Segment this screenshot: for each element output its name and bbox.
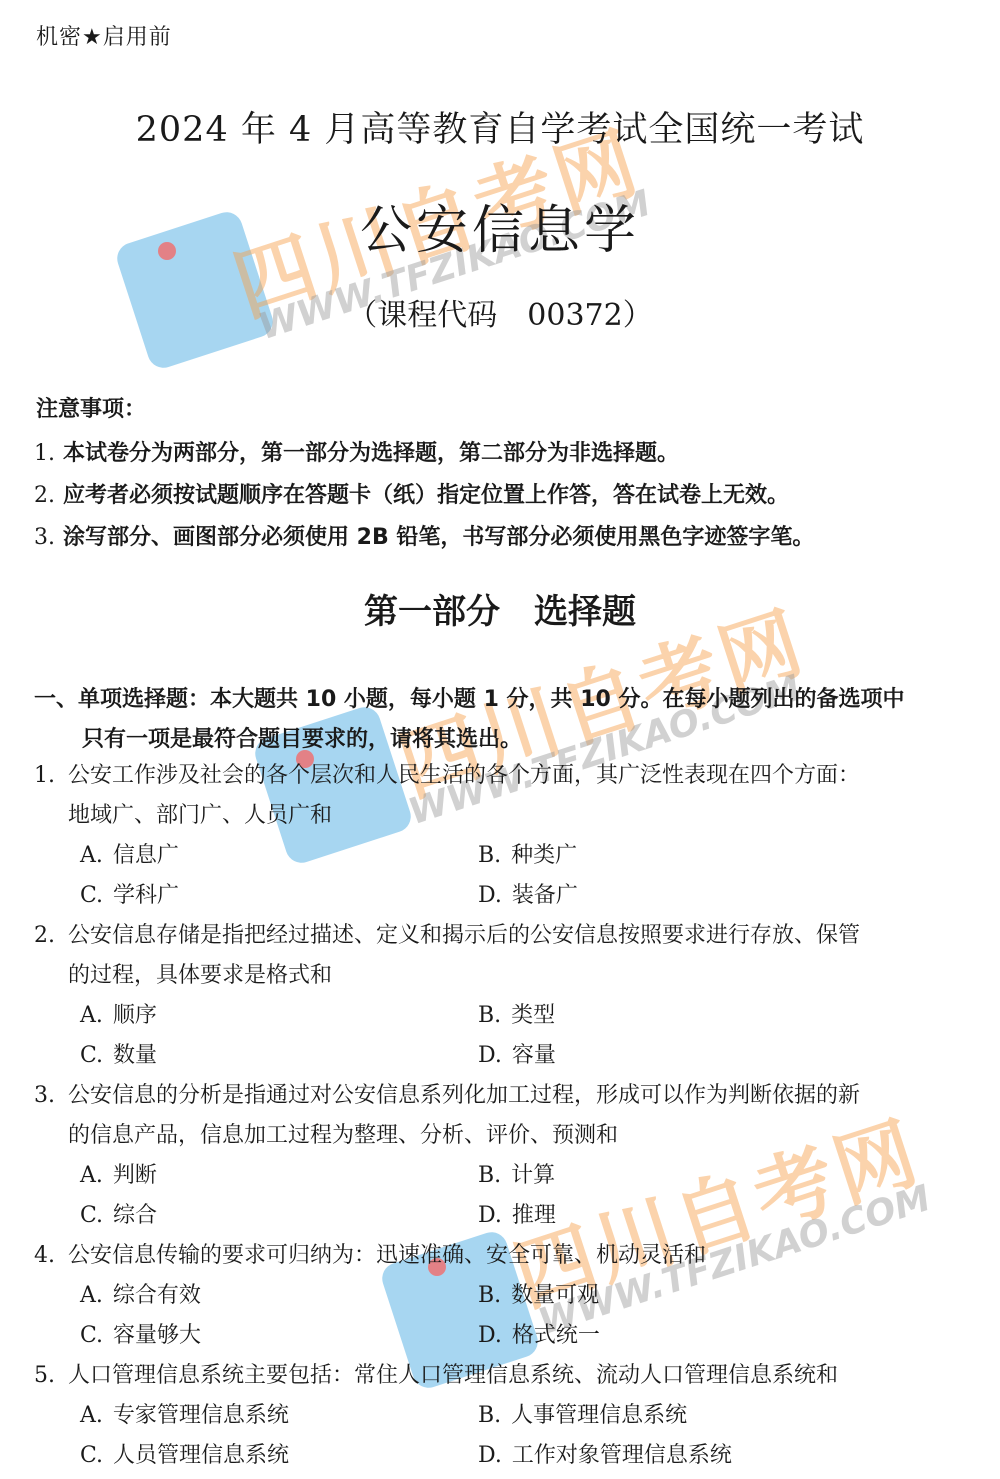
question-number: 3.	[34, 1076, 68, 1116]
option-letter: C.	[80, 1043, 103, 1068]
option-letter: A.	[80, 1163, 103, 1188]
option-letter: C.	[80, 883, 103, 908]
option-b: B.种类广	[478, 836, 577, 876]
question-stem: 公安工作涉及社会的各个层次和人民生活的各个方面，其广泛性表现在四个方面：	[68, 763, 860, 788]
part-title: 第一部分 选择题	[0, 584, 1000, 633]
note-number: 2.	[34, 483, 55, 508]
note-item: 2.应考者必须按试题顺序在答题卡（纸）指定位置上作答，答在试卷上无效。	[34, 478, 789, 509]
option-letter: D.	[478, 1043, 502, 1068]
note-item: 1.本试卷分为两部分，第一部分为选择题，第二部分为非选择题。	[34, 436, 679, 467]
option-c: C.容量够大	[80, 1316, 201, 1356]
option-text: 格式统一	[512, 1323, 600, 1348]
option-text: 人事管理信息系统	[511, 1403, 687, 1428]
question-number: 1.	[34, 756, 68, 796]
question-5: 5.人口管理信息系统主要包括：常住人口管理信息系统、流动人口管理信息系统和	[34, 1356, 974, 1396]
option-text: 容量	[512, 1043, 556, 1068]
option-c: C.综合	[80, 1196, 157, 1236]
question-stem-cont: 的信息产品，信息加工过程为整理、分析、评价、预测和	[34, 1116, 974, 1156]
question-1: 1.公安工作涉及社会的各个层次和人民生活的各个方面，其广泛性表现在四个方面： 地…	[34, 756, 974, 836]
option-text: 学科广	[113, 883, 179, 908]
option-letter: C.	[80, 1203, 103, 1228]
note-item: 3.涂写部分、画图部分必须使用 2B 铅笔，书写部分必须使用黑色字迹签字笔。	[34, 520, 814, 551]
question-stem: 公安信息的分析是指通过对公安信息系列化加工过程，形成可以作为判断依据的新	[68, 1083, 860, 1108]
option-text: 专家管理信息系统	[113, 1403, 289, 1428]
note-text: 应考者必须按试题顺序在答题卡（纸）指定位置上作答，答在试卷上无效。	[63, 483, 789, 508]
option-text: 综合有效	[113, 1283, 201, 1308]
question-3: 3.公安信息的分析是指通过对公安信息系列化加工过程，形成可以作为判断依据的新 的…	[34, 1076, 974, 1156]
option-letter: D.	[478, 1203, 502, 1228]
question-number: 5.	[34, 1356, 68, 1396]
option-a: A.信息广	[80, 836, 179, 876]
option-c: C.人员管理信息系统	[80, 1436, 289, 1476]
option-text: 人员管理信息系统	[113, 1443, 289, 1468]
option-d: D.格式统一	[478, 1316, 600, 1356]
option-letter: A.	[80, 1003, 103, 1028]
question-stem: 公安信息存储是指把经过描述、定义和揭示后的公安信息按照要求进行存放、保管	[68, 923, 860, 948]
section-heading-line1: 一、单项选择题：本大题共 10 小题，每小题 1 分，共 10 分。在每小题列出…	[34, 687, 905, 712]
option-letter: B.	[478, 1003, 501, 1028]
option-b: B.类型	[478, 996, 555, 1036]
option-letter: D.	[478, 1323, 502, 1348]
option-a: A.判断	[80, 1156, 157, 1196]
confidential-label: 机密★启用前	[36, 20, 172, 51]
note-number: 3.	[34, 525, 55, 550]
option-letter: A.	[80, 1403, 103, 1428]
question-stem-cont: 的过程，具体要求是格式和	[34, 956, 974, 996]
note-text: 涂写部分、画图部分必须使用 2B 铅笔，书写部分必须使用黑色字迹签字笔。	[63, 525, 814, 550]
option-text: 数量可观	[511, 1283, 599, 1308]
option-text: 计算	[511, 1163, 555, 1188]
option-a: A.顺序	[80, 996, 157, 1036]
note-text: 本试卷分为两部分，第一部分为选择题，第二部分为非选择题。	[63, 441, 679, 466]
question-number: 4.	[34, 1236, 68, 1276]
subject-title: 公安信息学	[0, 188, 1000, 263]
question-number: 2.	[34, 916, 68, 956]
option-d: D.容量	[478, 1036, 556, 1076]
option-letter: B.	[478, 1403, 501, 1428]
notes-title: 注意事项：	[36, 392, 146, 423]
option-a: A.专家管理信息系统	[80, 1396, 289, 1436]
question-4: 4.公安信息传输的要求可归纳为：迅速准确、安全可靠、机动灵活和	[34, 1236, 974, 1276]
option-b: B.人事管理信息系统	[478, 1396, 687, 1436]
option-letter: C.	[80, 1443, 103, 1468]
option-text: 工作对象管理信息系统	[512, 1443, 732, 1468]
question-stem: 人口管理信息系统主要包括：常住人口管理信息系统、流动人口管理信息系统和	[68, 1363, 838, 1388]
option-text: 信息广	[113, 843, 179, 868]
option-text: 推理	[512, 1203, 556, 1228]
option-letter: B.	[478, 1163, 501, 1188]
option-d: D.装备广	[478, 876, 578, 916]
option-b: B.计算	[478, 1156, 555, 1196]
option-b: B.数量可观	[478, 1276, 599, 1316]
option-c: C.学科广	[80, 876, 179, 916]
option-text: 综合	[113, 1203, 157, 1228]
option-letter: B.	[478, 1283, 501, 1308]
option-a: A.综合有效	[80, 1276, 201, 1316]
question-2: 2.公安信息存储是指把经过描述、定义和揭示后的公安信息按照要求进行存放、保管 的…	[34, 916, 974, 996]
option-text: 顺序	[113, 1003, 157, 1028]
option-letter: A.	[80, 843, 103, 868]
option-letter: D.	[478, 883, 502, 908]
option-text: 判断	[113, 1163, 157, 1188]
option-d: D.推理	[478, 1196, 556, 1236]
question-stem-cont: 地域广、部门广、人员广和	[34, 796, 974, 836]
option-text: 种类广	[511, 843, 577, 868]
option-text: 类型	[511, 1003, 555, 1028]
option-letter: C.	[80, 1323, 103, 1348]
note-number: 1.	[34, 441, 55, 466]
option-letter: D.	[478, 1443, 502, 1468]
option-d: D.工作对象管理信息系统	[478, 1436, 732, 1476]
question-stem: 公安信息传输的要求可归纳为：迅速准确、安全可靠、机动灵活和	[68, 1243, 706, 1268]
option-text: 容量够大	[113, 1323, 201, 1348]
section-heading: 一、单项选择题：本大题共 10 小题，每小题 1 分，共 10 分。在每小题列出…	[34, 680, 974, 760]
option-letter: A.	[80, 1283, 103, 1308]
course-code: （课程代码 00372）	[0, 290, 1000, 334]
option-text: 数量	[113, 1043, 157, 1068]
option-letter: B.	[478, 843, 501, 868]
option-c: C.数量	[80, 1036, 157, 1076]
option-text: 装备广	[512, 883, 578, 908]
section-heading-line2: 只有一项是最符合题目要求的，请将其选出。	[34, 720, 974, 760]
exam-title: 2024 年 4 月高等教育自学考试全国统一考试	[0, 102, 1000, 152]
